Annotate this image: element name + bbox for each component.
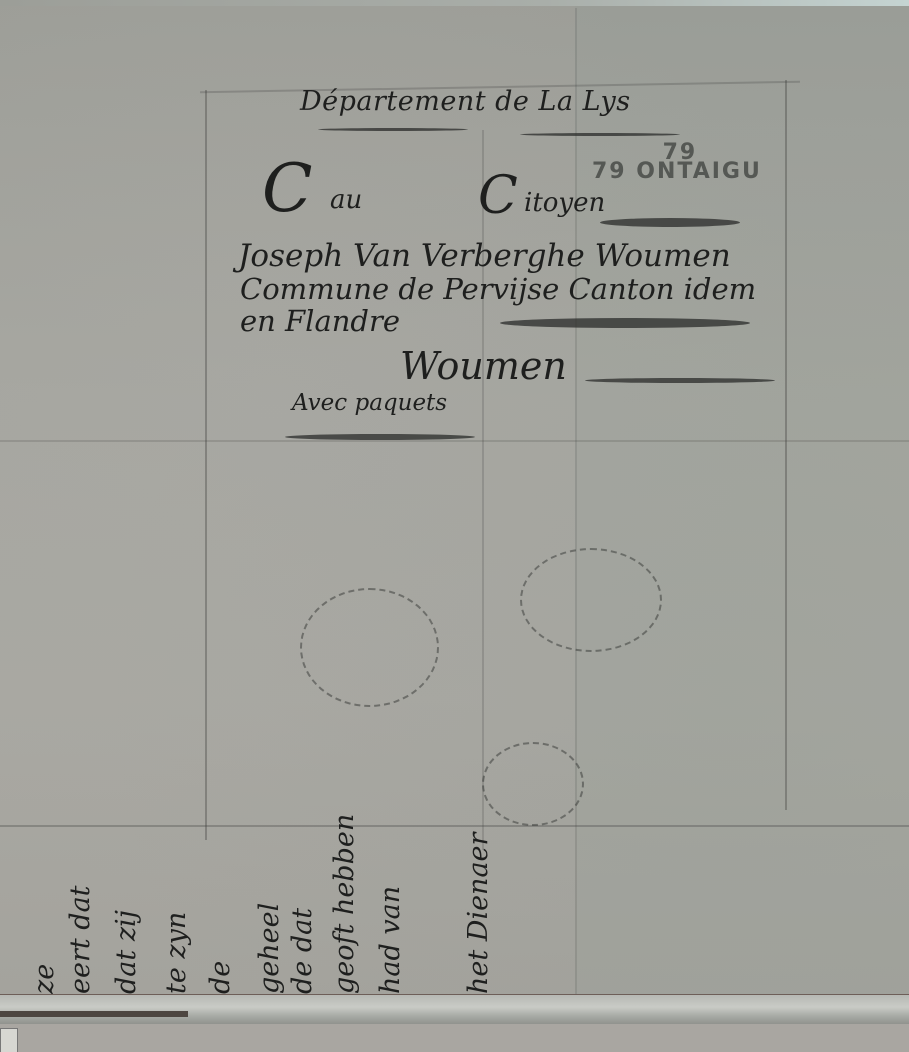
inner-text-line: het Dienaer xyxy=(463,833,494,994)
postal-note: Avec paquets xyxy=(292,390,447,416)
wax-seal-remnant-right xyxy=(520,548,662,652)
citoyen-initial: C xyxy=(478,166,518,226)
edge-shadow xyxy=(0,1011,188,1017)
flourish-stroke xyxy=(500,318,750,328)
inner-text-line: ze xyxy=(29,964,60,994)
inner-text-line: geheel xyxy=(254,903,285,994)
page-corner xyxy=(0,1028,18,1052)
underline-flourish xyxy=(520,133,680,136)
address-line-1: Joseph Van Verberghe Woumen xyxy=(238,238,731,274)
wax-seal-remnant-left xyxy=(300,588,439,707)
flourish-stroke xyxy=(285,434,475,440)
page-edge-band xyxy=(0,994,909,1026)
destination-town: Woumen xyxy=(400,344,567,388)
inner-text-line: eert dat xyxy=(65,885,96,994)
postal-stamp: 79 79 ONTAIGU xyxy=(592,140,762,184)
fold-line-upper xyxy=(0,440,909,442)
stamp-town: 79 ONTAIGU xyxy=(592,159,762,184)
inner-text-line: de dat xyxy=(287,908,318,994)
photo-seam xyxy=(575,8,577,998)
flourish-stroke xyxy=(600,218,740,227)
underlying-page xyxy=(0,1024,909,1052)
fold-line-lower xyxy=(0,825,909,827)
flourish-stroke xyxy=(585,378,775,383)
address-line-2: Commune de Pervijse Canton idem xyxy=(240,272,756,306)
inner-text-line: geoft hebben xyxy=(329,814,360,994)
wax-seal-remnant-center xyxy=(482,742,584,826)
fold-line-left xyxy=(205,90,207,840)
inner-text-line: had van xyxy=(375,886,406,994)
salutation-initial: C xyxy=(262,150,313,227)
department-header: Département de La Lys xyxy=(300,86,631,117)
address-line-3: en Flandre xyxy=(240,304,400,338)
inner-text-line: te zyn xyxy=(161,912,192,994)
underline-flourish xyxy=(318,128,468,131)
salutation-au: au xyxy=(330,185,362,215)
citoyen-rest: itoyen xyxy=(524,188,605,218)
fold-line-right xyxy=(785,80,787,810)
inner-text-line: dat zij xyxy=(111,910,142,994)
inner-text-line: de xyxy=(205,961,236,994)
